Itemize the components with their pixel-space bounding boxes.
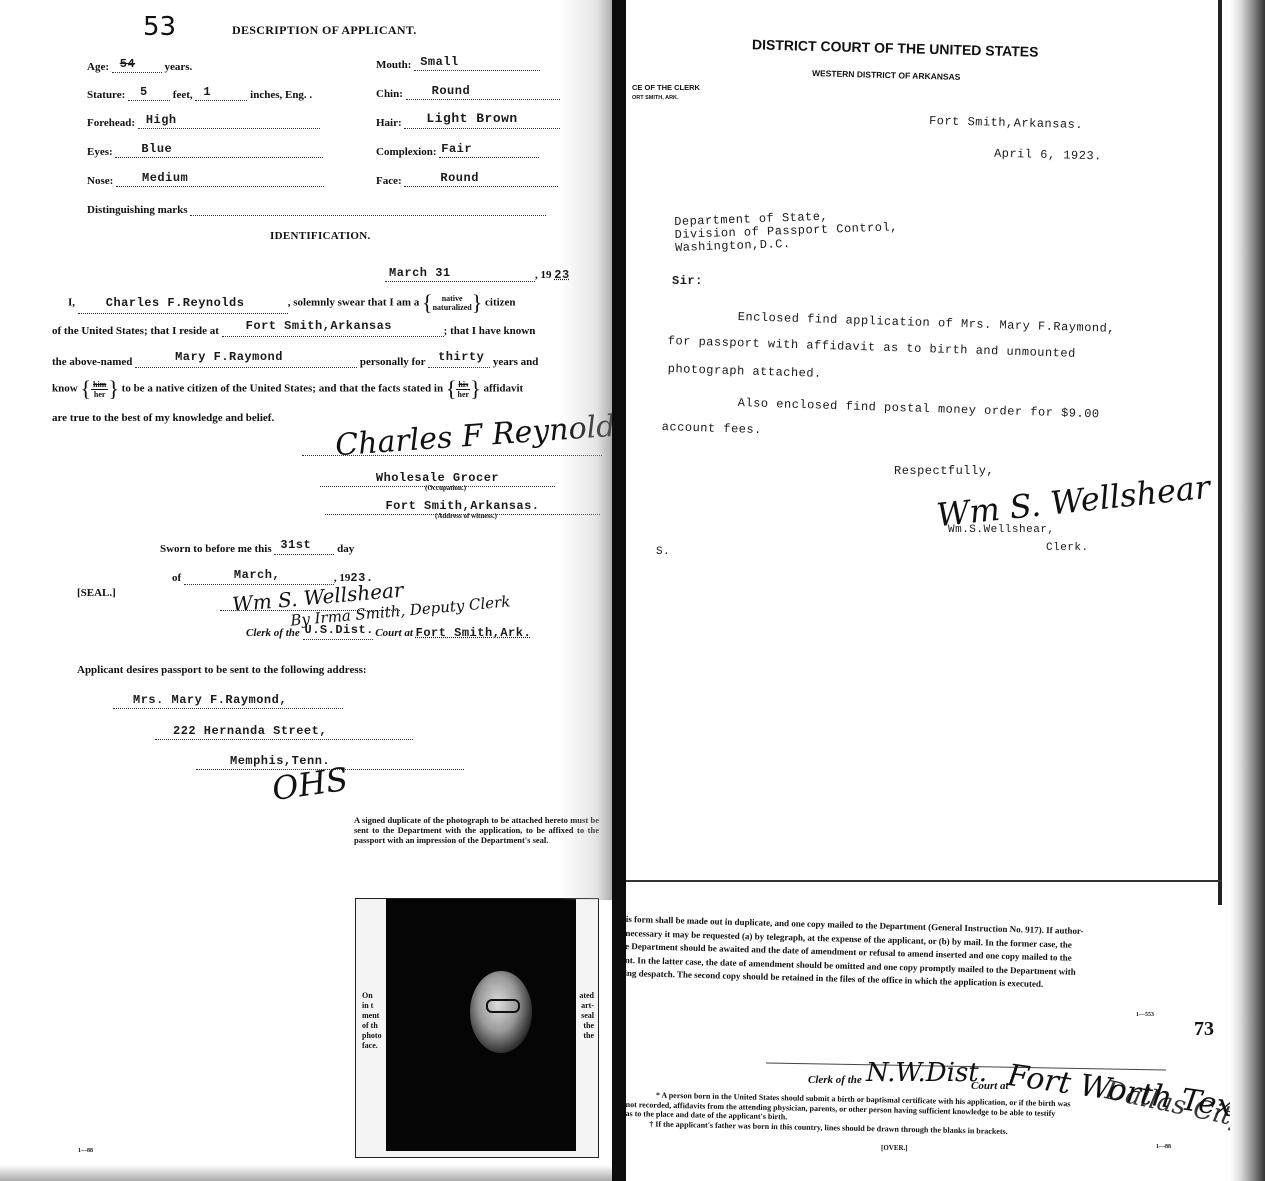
brace-open: { — [446, 376, 457, 401]
stature-feet-field: 5 — [128, 88, 170, 101]
possessive-his: his — [456, 380, 470, 390]
forehead-label: Forehead: — [87, 117, 135, 129]
form-code-lower: 1—88 — [1156, 1144, 1171, 1150]
personally-label: personally for — [360, 356, 426, 368]
caption-fragment: On — [362, 991, 386, 1001]
letter-body-line: Enclosed find application of Mrs. Mary F… — [738, 310, 1116, 336]
oath-line-4: know {himher} to be a native citizen of … — [52, 378, 523, 400]
chin-field: Round — [406, 87, 560, 100]
nose-value: Medium — [142, 171, 188, 185]
handwritten-district: N.W.Dist. — [866, 1058, 987, 1088]
clerk-office-line-1: CE OF THE CLERK — [632, 83, 700, 92]
letterhead-subtitle: WESTERN DISTRICT OF ARKANSAS — [812, 68, 961, 82]
eyeglasses-icon — [486, 999, 520, 1013]
oath-line-1: I, Charles F.Reynolds, solemnly swear th… — [68, 292, 516, 314]
face-row: Face: Round — [376, 174, 558, 187]
complexion-label: Complexion: — [376, 146, 437, 158]
identification-date-field: March 31 — [385, 269, 535, 282]
right-page-edge-shadow — [1230, 0, 1265, 1181]
mouth-label: Mouth: — [376, 59, 411, 71]
stature-inches-value: 1 — [203, 85, 211, 99]
witness-name-field: Charles F.Reynolds — [78, 301, 288, 314]
mailing-street: 222 Hernanda Street, — [173, 724, 327, 738]
distinguishing-marks-label: Distinguishing marks — [87, 204, 188, 216]
know-label: know — [52, 383, 78, 395]
complexion-field: Fair — [439, 145, 539, 158]
identification-title: IDENTIFICATION. — [270, 230, 371, 242]
affidavit-label: affidavit — [484, 383, 524, 395]
letter-sheet-bottom-edge — [626, 880, 1222, 882]
above-named-label: the above-named — [52, 356, 132, 368]
possessive-choice: hisher — [456, 380, 470, 399]
mouth-value: Small — [420, 55, 459, 69]
caption-fragment: photo — [362, 1031, 386, 1041]
applicant-photograph — [386, 899, 576, 1151]
known-label: ; that I have known — [444, 325, 536, 337]
eyes-label: Eyes: — [87, 146, 113, 158]
witness-name: Charles F.Reynolds — [106, 296, 245, 310]
years-known-field: thirty — [428, 355, 490, 368]
citizen-naturalized: naturalized — [433, 303, 472, 312]
face-field: Round — [404, 174, 558, 187]
feet-label: feet, — [173, 89, 193, 101]
years-known: thirty — [438, 350, 484, 364]
hair-value: Light Brown — [426, 111, 517, 126]
hair-row: Hair: Light Brown — [376, 116, 560, 129]
complexion-row: Complexion: Fair — [376, 145, 539, 158]
day-label: day — [337, 543, 354, 555]
brace-close: } — [470, 376, 481, 401]
letter-body-line: for passport with affidavit as to birth … — [668, 334, 1076, 361]
cover-letter-page: DISTRICT COURT OF THE UNITED STATES WEST… — [626, 0, 1265, 1181]
age-value-struck: 54 — [120, 57, 135, 71]
stature-row: Stature: 5 feet, 1 inches, Eng. . — [87, 88, 312, 101]
oath-text: , solemnly swear that I am a — [288, 297, 419, 309]
mailing-label: Applicant desires passport to be sent to… — [77, 664, 367, 676]
reside-label: of the United States; that I reside at — [52, 325, 219, 337]
nose-label: Nose: — [87, 175, 113, 187]
signer-name: Wm.S.Wellshear, — [948, 524, 1055, 536]
description-title: DESCRIPTION OF APPLICANT. — [232, 23, 417, 38]
over-label: [OVER.] — [881, 1144, 908, 1152]
oath-line-5: are true to the best of my knowledge and… — [52, 412, 274, 424]
nose-row: Nose: Medium — [87, 174, 324, 187]
sworn-label: Sworn to before me this — [160, 543, 272, 555]
letter-salutation: Sir: — [672, 274, 703, 288]
mailing-line-1-field: Mrs. Mary F.Raymond, — [113, 690, 343, 709]
caption-fragment: face. — [362, 1041, 386, 1051]
photo-frame: On in t ment of th photo face. ated art-… — [355, 898, 599, 1158]
clerk-court-row: Clerk of the U.S.Dist. Court at Fort Smi… — [246, 626, 531, 640]
clerk-office-line-2: ORT SMITH, ARK. — [632, 95, 679, 101]
pronoun-her: her — [94, 390, 106, 399]
court-at-label: Court at — [375, 627, 413, 639]
pronoun-choice: himher — [91, 380, 108, 399]
forehead-field: High — [138, 116, 320, 129]
witness-address-label: (Address of witness.) — [435, 512, 497, 520]
photo-caption-left: On in t ment of th photo face. — [362, 991, 386, 1051]
mouth-row: Mouth: Small — [376, 58, 540, 71]
of-label: of — [172, 572, 181, 584]
letter-date: April 6, 1923. — [994, 147, 1102, 164]
clerk-of-the-label: Clerk of the — [246, 627, 300, 639]
eyes-row: Eyes: Blue — [87, 145, 323, 158]
eyes-value: Blue — [141, 142, 172, 156]
age-suffix: years. — [165, 61, 193, 73]
nose-field: Medium — [116, 174, 324, 187]
witness-address: Fort Smith,Arkansas. — [385, 499, 539, 513]
sworn-month: March, — [234, 568, 280, 582]
sworn-day: 31st — [280, 538, 311, 552]
letterhead-title: DISTRICT COURT OF THE UNITED STATES — [752, 36, 1039, 59]
affidavit-page: 53 DESCRIPTION OF APPLICANT. Age: 54 yea… — [0, 0, 612, 1181]
mailing-line-2-field: 222 Hernanda Street, — [155, 721, 413, 740]
applicant-name-field: Mary F.Raymond — [135, 355, 357, 368]
handwritten-page-number: 53 — [143, 12, 176, 42]
year-prefix: , 19 — [535, 269, 552, 281]
seal-label: [SEAL.] — [77, 587, 116, 599]
chin-label: Chin: — [376, 88, 403, 100]
oath-prefix: I, — [68, 297, 75, 309]
inches-label: inches, Eng. . — [250, 89, 312, 101]
page-edge-shadow — [560, 0, 612, 900]
court-at-label: Court at — [971, 1080, 1009, 1092]
stature-label: Stature: — [87, 89, 125, 101]
complexion-value: Fair — [441, 142, 472, 156]
citizen-choice: nativenaturalized — [433, 294, 472, 312]
brace-close: } — [472, 290, 483, 315]
mailing-name: Mrs. Mary F.Raymond, — [133, 693, 287, 707]
citizen-native: native — [433, 294, 472, 303]
sworn-month-field: March, — [184, 572, 334, 585]
years-label: years and — [493, 356, 539, 368]
letter-closing: Respectfully, — [894, 464, 994, 478]
chin-value: Round — [432, 84, 471, 98]
age-field: 54 — [112, 60, 162, 73]
occupation-label: (Occupation.) — [425, 484, 466, 492]
age-label: Age: — [87, 61, 109, 73]
court-name: U.S.Dist. — [305, 623, 374, 637]
eyes-field: Blue — [115, 145, 323, 158]
native-citizen-text: to be a native citizen of the United Sta… — [122, 383, 443, 395]
letter-body-line: photograph attached. — [668, 362, 822, 381]
forehead-row: Forehead: High — [87, 116, 320, 129]
letter-body-line: Also enclosed find postal money order fo… — [738, 396, 1100, 421]
residence-field: Fort Smith,Arkansas — [222, 324, 444, 337]
form-instructions: is form shall be made out in duplicate, … — [624, 913, 1171, 995]
hair-label: Hair: — [376, 117, 402, 129]
brace-open: { — [422, 290, 433, 315]
letter-body-line: account fees. — [662, 420, 763, 437]
applicant-name: Mary F.Raymond — [175, 350, 283, 364]
stature-inches-field: 1 — [195, 88, 247, 101]
mouth-field: Small — [414, 58, 540, 71]
left-form-code: 1—88 — [78, 1148, 93, 1154]
page-bottom-shadow — [0, 1165, 612, 1181]
age-row: Age: 54 years. — [87, 60, 192, 73]
distinguishing-marks-row: Distinguishing marks — [87, 203, 546, 216]
signer-title: Clerk. — [1046, 542, 1089, 554]
letter-addressee: Department of State, Division of Passpor… — [674, 208, 899, 255]
possessive-her: her — [458, 390, 470, 399]
caption-fragment: in t — [362, 1001, 386, 1011]
oath-line-3: the above-named Mary F.Raymond personall… — [52, 355, 538, 368]
forehead-value: High — [146, 113, 177, 127]
sworn-day-field: 31st — [274, 542, 334, 555]
residence: Fort Smith,Arkansas — [246, 319, 392, 333]
court-field: U.S.Dist. — [303, 627, 373, 640]
face-label: Face: — [376, 175, 402, 187]
caption-fragment: of th — [362, 1021, 386, 1031]
stature-feet-value: 5 — [140, 85, 148, 99]
distinguishing-marks-field — [190, 203, 546, 216]
pronoun-him: him — [91, 380, 108, 390]
clerk-of-the-label: Clerk of the — [808, 1074, 862, 1086]
letter-place: Fort Smith,Arkansas. — [929, 114, 1083, 132]
sworn-row: Sworn to before me this 31st day — [160, 542, 354, 555]
form-code-upper: 1—553 — [1136, 1012, 1154, 1018]
caption-fragment: ment — [362, 1011, 386, 1021]
typist-initials: S. — [656, 546, 670, 558]
stamped-number: 73 — [1194, 1018, 1214, 1041]
face-value: Round — [440, 171, 479, 185]
identification-date: March 31 — [389, 266, 451, 280]
citizen-label: citizen — [485, 297, 516, 309]
letter-sheet-edge — [1218, 0, 1222, 905]
chin-row: Chin: Round — [376, 87, 560, 100]
book-binding — [612, 0, 626, 1181]
hair-field: Light Brown — [404, 116, 560, 129]
occupation: Wholesale Grocer — [376, 471, 499, 485]
brace-close: } — [108, 376, 119, 401]
oath-line-2: of the United States; that I reside at F… — [52, 324, 535, 337]
brace-open: { — [80, 376, 91, 401]
court-location: Fort Smith,Ark. — [416, 626, 532, 640]
identification-date-row: March 31, 19 23 — [385, 268, 570, 282]
